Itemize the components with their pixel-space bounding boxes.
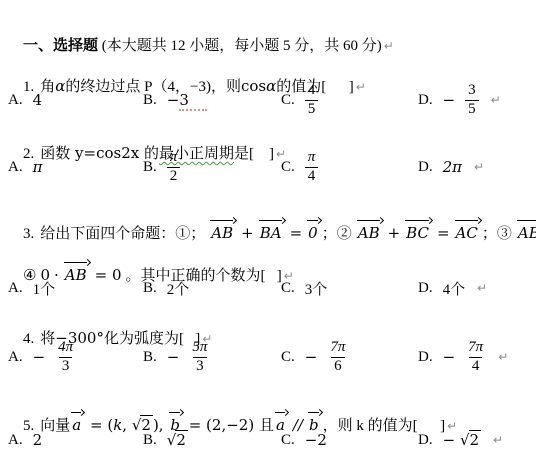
option-label: B. xyxy=(143,280,157,297)
option-b: B.π2 xyxy=(143,149,281,185)
option-label: B. xyxy=(143,349,157,366)
option-a: A.2 xyxy=(8,431,143,449)
paragraph-mark-icon: ↵ xyxy=(498,350,508,364)
denominator: 4 xyxy=(469,357,483,375)
option-d: D.− √2↵ xyxy=(418,431,536,450)
radical-sign: √ xyxy=(460,431,469,449)
vector-AC: AC xyxy=(455,218,481,244)
minus-sign: − xyxy=(167,348,180,366)
fraction: 5π3 xyxy=(189,339,210,375)
numerator: 5π xyxy=(189,339,210,356)
option-b: B.−5π3 xyxy=(143,339,281,375)
sqrt-2: √2 xyxy=(460,431,481,449)
minus-sign: − xyxy=(305,348,318,366)
option-label: D. xyxy=(418,92,433,109)
option-label: C. xyxy=(281,159,295,176)
option-c: C.3个 xyxy=(281,278,418,299)
option-c: C.−2 xyxy=(281,431,418,449)
question-4-options: A.−4π3 B.−5π3 C.−7π6 D.−7π4↵ xyxy=(8,336,536,378)
vector-equation-3: AB−AC=BC； xyxy=(516,224,536,242)
minus-sign: − xyxy=(443,431,460,449)
fraction: 4π3 xyxy=(55,339,76,375)
fraction: π2 xyxy=(167,149,181,185)
question-3-options: A.1个 B.2个 C.3个 D.4个↵ xyxy=(8,277,536,299)
question-1-options: A.4 B.−3 C.45 D.−35↵ xyxy=(8,80,536,120)
radicand: 2 xyxy=(175,430,188,449)
vector-BC: BC xyxy=(405,218,432,244)
section-subtitle: (本大题共 12 小题，每小题 5 分，共 60 分) xyxy=(98,38,382,54)
option-a: A.4 xyxy=(8,91,143,109)
option-c: C.π4 xyxy=(281,149,418,185)
fraction: π4 xyxy=(305,149,319,185)
paragraph-mark-icon: ↵ xyxy=(474,160,484,174)
paragraph-mark-icon: ↵ xyxy=(491,93,501,107)
option-value: π xyxy=(33,158,43,176)
option-a: A.−4π3 xyxy=(8,339,143,375)
option-label: C. xyxy=(281,432,295,449)
sqrt-2: √2 xyxy=(167,431,188,449)
option-c: C.45 xyxy=(281,82,418,118)
numerator: π xyxy=(305,149,319,166)
option-label: A. xyxy=(8,432,23,449)
option-a: A.1个 xyxy=(8,278,143,299)
question-2-options: A.π B.π2 C.π4 D.2π↵ xyxy=(8,147,536,187)
vector-AB: AB xyxy=(357,218,383,244)
numerator: 3 xyxy=(465,82,479,99)
option-value: 3个 xyxy=(305,278,328,299)
option-c: C.−7π6 xyxy=(281,339,418,375)
exam-document: 一、选择题 (本大题共 12 小题，每小题 5 分，共 60 分)↵ 1.角α的… xyxy=(0,0,536,456)
option-a: A.π xyxy=(8,158,143,176)
option-label: D. xyxy=(418,159,433,176)
minus-sign: − xyxy=(443,91,456,109)
option-label: D. xyxy=(418,349,433,366)
option-value: 4 xyxy=(33,91,43,109)
option-value: 2π xyxy=(443,158,462,176)
option-label: D. xyxy=(418,432,433,449)
option-value: −2 xyxy=(305,431,327,449)
denominator: 3 xyxy=(193,357,207,375)
option-label: C. xyxy=(281,349,295,366)
option-label: B. xyxy=(143,159,157,176)
denominator: 4 xyxy=(305,167,319,185)
option-label: A. xyxy=(8,349,23,366)
numerator: π xyxy=(167,149,181,166)
paragraph-mark-icon: ↵ xyxy=(493,433,503,447)
separator: ； xyxy=(482,226,497,242)
radicand: 2 xyxy=(469,430,482,449)
paragraph-mark-icon: ↵ xyxy=(384,39,394,53)
minus-sign: − xyxy=(167,91,180,109)
option-value: 2 xyxy=(33,431,43,449)
option-label: A. xyxy=(8,159,23,176)
denominator: 5 xyxy=(305,100,319,118)
option-d: D.−35↵ xyxy=(418,82,536,118)
fraction: 45 xyxy=(305,82,319,118)
vector-AB: AB xyxy=(517,218,536,244)
denominator: 5 xyxy=(465,100,479,118)
question-5-options: A.2 B.√2 C.−2 D.− √2↵ xyxy=(8,428,536,452)
option-b: B.−3 xyxy=(143,91,281,110)
option-b: B.2个 xyxy=(143,278,281,299)
vector-equation-2: AB+BC=AC； xyxy=(356,224,497,242)
option-label: B. xyxy=(143,432,157,449)
spellcheck-underlined-value: 3 xyxy=(179,91,207,111)
separator: ； xyxy=(322,226,337,242)
option-value: −3 xyxy=(167,91,207,110)
option-label: C. xyxy=(281,92,295,109)
numerator: 4 xyxy=(305,82,319,99)
option-label: A. xyxy=(8,280,23,297)
vector-zero: 0 xyxy=(307,218,321,244)
option-value: 4个 xyxy=(443,278,466,299)
minus-sign: − xyxy=(443,348,456,366)
fraction: 7π4 xyxy=(465,339,486,375)
option-b: B.√2 xyxy=(143,431,281,449)
numerator: 4π xyxy=(55,339,76,356)
option-d: D.2π↵ xyxy=(418,158,536,176)
option-d: D.4个↵ xyxy=(418,278,536,299)
equals-sign: = xyxy=(437,224,450,242)
option-label: B. xyxy=(143,92,157,109)
operator: + xyxy=(388,224,401,242)
numerator: 7π xyxy=(465,339,486,356)
numerator: 7π xyxy=(327,339,348,356)
denominator: 3 xyxy=(59,357,73,375)
option-value: 1个 xyxy=(33,278,56,299)
minus-sign: − xyxy=(33,348,46,366)
option-label: A. xyxy=(8,92,23,109)
option-value: 2个 xyxy=(167,278,190,299)
section-title: 一、选择题 xyxy=(23,38,98,54)
fraction: 7π6 xyxy=(327,339,348,375)
circled-3: ③ xyxy=(497,226,512,242)
option-label: D. xyxy=(418,280,433,297)
option-value: − √2 xyxy=(443,431,481,450)
option-label: C. xyxy=(281,280,295,297)
denominator: 6 xyxy=(331,357,345,375)
option-d: D.−7π4↵ xyxy=(418,339,536,375)
circled-2: ② xyxy=(337,226,352,242)
paragraph-mark-icon: ↵ xyxy=(477,281,487,295)
denominator: 2 xyxy=(167,167,181,185)
fraction: 35 xyxy=(465,82,479,118)
